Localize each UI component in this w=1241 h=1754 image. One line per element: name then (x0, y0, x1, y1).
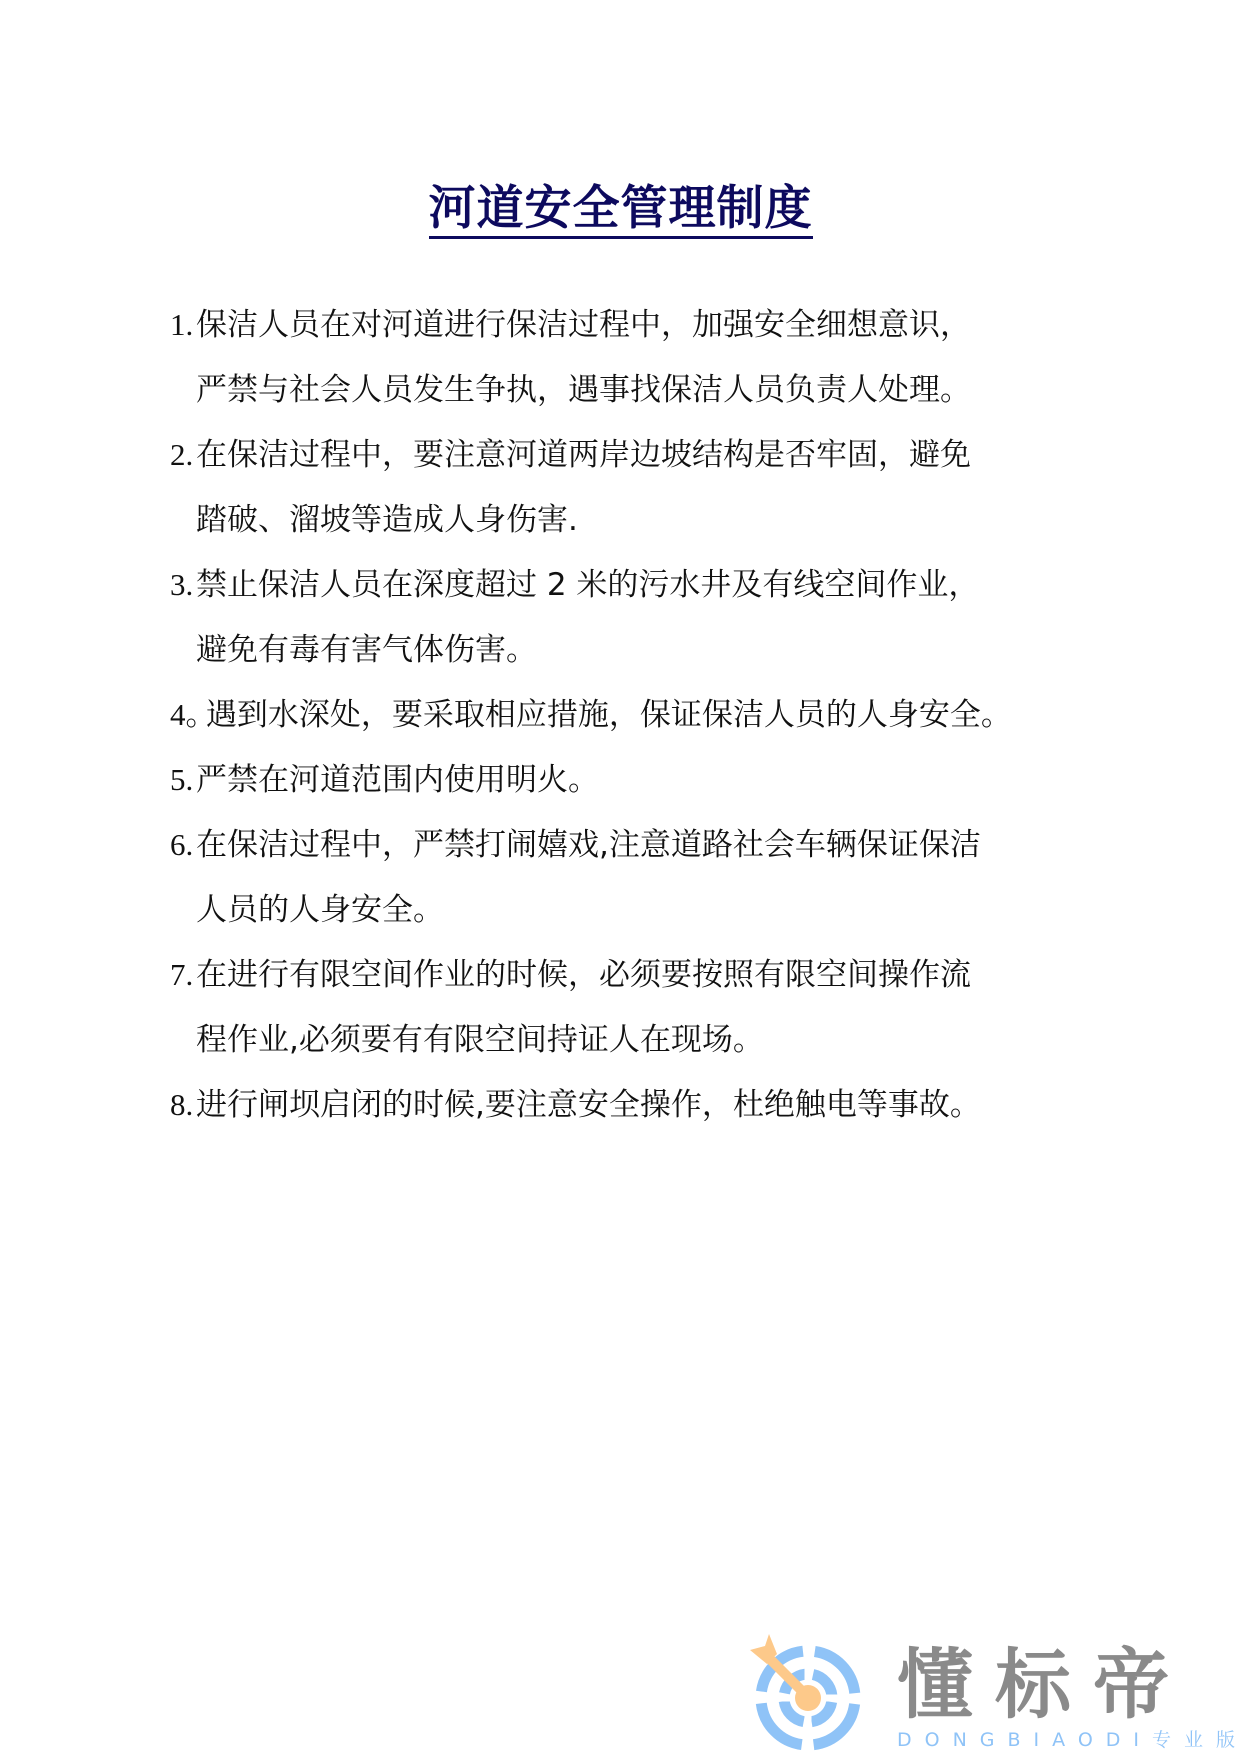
item-text: 在保洁过程中，严禁打闹嬉戏,注意道路社会车辆保证保洁 (196, 827, 981, 863)
item-3-line-1: 3.禁止保洁人员在深度超过 2 米的污水井及有线空间作业， (170, 560, 979, 625)
item-number: 4。 (170, 690, 196, 740)
item-5-line-1: 5.严禁在河道范围内使用明火。 (170, 755, 599, 820)
target-arrow-icon (745, 1632, 875, 1754)
item-7-line-2: 程作业,必须要有有限空间持证人在现场。 (170, 1015, 764, 1080)
document-title-wrap: 河道安全管理制度 (0, 182, 1241, 239)
item-number: 1. (170, 300, 196, 350)
item-number: 6. (170, 820, 196, 870)
item-text: 禁止保洁人员在深度超过 2 米的污水井及有线空间作业， (196, 567, 979, 603)
item-number: 3. (170, 560, 196, 610)
watermark-logo: 懂标帝 DONGBIAODI专业版 (745, 1632, 1225, 1754)
item-number: 7. (170, 950, 196, 1000)
item-text: 在进行有限空间作业的时候，必须要按照有限空间操作流 (196, 957, 971, 993)
item-4-line-1: 4。 遇到水深处，要采取相应措施，保证保洁人员的人身安全。 (170, 690, 1012, 755)
item-1-line-2: 严禁与社会人员发生争执，遇事找保洁人员负责人处理。 (170, 365, 971, 430)
item-text: 遇到水深处，要采取相应措施，保证保洁人员的人身安全。 (196, 697, 1012, 733)
brand-subtitle: DONGBIAODI专业版 (897, 1729, 1241, 1751)
item-text: 在保洁过程中，要注意河道两岸边坡结构是否牢固，避免 (196, 437, 971, 473)
item-number: 2. (170, 430, 196, 480)
item-3-line-2: 避免有毒有害气体伤害。 (170, 625, 537, 690)
item-number: 5. (170, 755, 196, 805)
item-8-line-1: 8.进行闸坝启闭的时候,要注意安全操作，杜绝触电等事故。 (170, 1080, 981, 1145)
item-2-line-1: 2.在保洁过程中，要注意河道两岸边坡结构是否牢固，避免 (170, 430, 971, 495)
item-text: 严禁在河道范围内使用明火。 (196, 762, 599, 798)
item-7-line-1: 7.在进行有限空间作业的时候，必须要按照有限空间操作流 (170, 950, 971, 1015)
item-1-line-1: 1.保洁人员在对河道进行保洁过程中，加强安全细想意识， (170, 300, 971, 365)
item-6-line-1: 6.在保洁过程中，严禁打闹嬉戏,注意道路社会车辆保证保洁 (170, 820, 981, 885)
item-6-line-2: 人员的人身安全。 (170, 885, 444, 950)
document-title: 河道安全管理制度 (429, 182, 813, 239)
item-text: 保洁人员在对河道进行保洁过程中，加强安全细想意识， (196, 307, 971, 343)
item-number: 8. (170, 1080, 196, 1130)
item-text: 进行闸坝启闭的时候,要注意安全操作，杜绝触电等事故。 (196, 1087, 981, 1123)
item-2-line-2: 踏破、溜坡等造成人身伤害. (170, 495, 578, 560)
brand-name: 懂标帝 (897, 1640, 1191, 1730)
